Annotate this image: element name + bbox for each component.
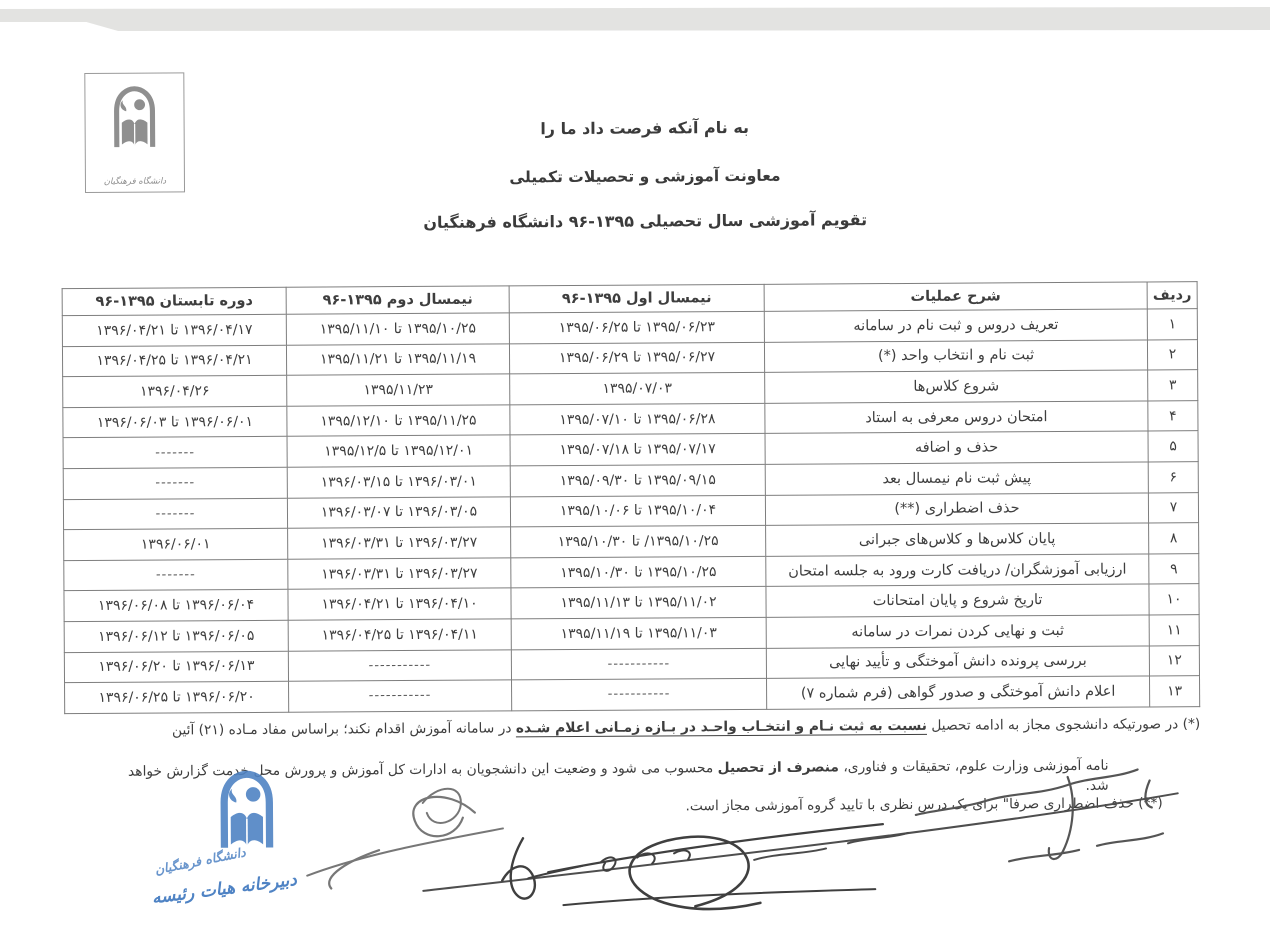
footnote1-underlined-phrase: نسبت به ثبت نـام و انتخـاب واحـد در بـاز…	[516, 718, 927, 737]
cell-row-number: ۴	[1148, 400, 1198, 431]
cell-row-number: ۲	[1147, 339, 1197, 370]
cell-semester2: ۱۳۹۶/۰۳/۰۱ تا ۱۳۹۶/۰۳/۱۵	[287, 466, 510, 498]
cell-semester2: ۱۳۹۶/۰۳/۲۷ تا ۱۳۹۶/۰۳/۳۱	[288, 558, 511, 590]
cell-summer: ۱۳۹۶/۰۶/۲۰ تا ۱۳۹۶/۰۶/۲۵	[65, 681, 289, 713]
cell-summer: -------	[63, 498, 287, 530]
cell-semester2: ۱۳۹۵/۱۱/۲۳	[287, 374, 510, 406]
cell-row-number: ۳	[1148, 370, 1198, 401]
cell-semester1: ۱۳۹۵/۱۰/۲۵/ تا ۱۳۹۵/۱۰/۳۰	[511, 525, 766, 557]
cell-operation: ثبت نام و انتخاب واحد (*)	[764, 340, 1147, 373]
cell-semester1: -----------	[511, 648, 766, 680]
page-title: تقویم آموزشی سال تحصیلی ۱۳۹۵-۹۶ دانشگاه …	[0, 208, 1280, 235]
cell-summer: ۱۳۹۶/۰۶/۰۵ تا ۱۳۹۶/۰۶/۱۲	[64, 620, 288, 652]
cell-operation: تاریخ شروع و پایان امتحانات	[766, 584, 1149, 617]
academic-calendar-table: ردیف شرح عملیات نیمسال اول ۱۳۹۵-۹۶ نیمسا…	[62, 281, 1201, 714]
cell-operation: ارزیابی آموزشگران/ دریافت کارت ورود به ج…	[766, 554, 1149, 587]
footnote1-text: در سامانه آموزش اقدام نکند؛ براساس مفاد …	[172, 720, 516, 738]
cell-operation: حذف و اضافه	[765, 431, 1148, 464]
cell-semester2: ۱۳۹۶/۰۳/۲۷ تا ۱۳۹۶/۰۳/۳۱	[288, 527, 511, 559]
cell-semester1: ۱۳۹۵/۱۰/۲۵ تا ۱۳۹۵/۱۰/۳۰	[511, 556, 766, 588]
bismillah-line: به نام آنکه فرصت داد ما را	[0, 115, 1280, 142]
col-header-semester1: نیمسال اول ۱۳۹۵-۹۶	[509, 284, 764, 313]
cell-semester1: ۱۳۹۵/۰۶/۲۸ تا ۱۳۹۵/۰۷/۱۰	[510, 403, 765, 435]
cell-summer: -------	[64, 559, 288, 591]
col-header-operation: شرح عملیات	[764, 282, 1147, 311]
cell-row-number: ۹	[1149, 553, 1199, 584]
cell-semester2: ۱۳۹۵/۱۱/۲۵ تا ۱۳۹۵/۱۲/۱۰	[287, 405, 510, 437]
cell-row-number: ۱	[1147, 309, 1197, 340]
cell-semester2: ۱۳۹۵/۱۱/۱۹ تا ۱۳۹۵/۱۱/۲۱	[286, 343, 509, 375]
col-header-row-number: ردیف	[1147, 282, 1197, 309]
table-row: ۱۳اعلام دانش آموختگی و صدور گواهی (فرم ش…	[65, 676, 1200, 714]
cell-operation: اعلام دانش آموختگی و صدور گواهی (فرم شما…	[767, 676, 1150, 709]
cell-row-number: ۷	[1148, 492, 1198, 523]
cell-semester1: ۱۳۹۵/۰۶/۲۷ تا ۱۳۹۵/۰۶/۲۹	[509, 342, 764, 374]
footnote1-line1: (*) در صورتیکه دانشجوی مجاز به ادامه تحص…	[172, 716, 1200, 738]
cell-operation: پیش ثبت نام نیمسال بعد	[765, 462, 1148, 495]
cell-operation: پایان کلاس‌ها و کلاس‌های جبرانی	[766, 523, 1149, 556]
handwritten-signatures	[2, 738, 1280, 930]
cell-operation: حذف اضطراری (**)	[765, 493, 1148, 526]
cell-row-number: ۱۰	[1149, 584, 1199, 615]
cell-operation: بررسی پرونده دانش آموختگی و تأیید نهایی	[766, 646, 1149, 679]
footnote1-text: (*) در صورتیکه دانشجوی مجاز به ادامه تحص…	[927, 716, 1200, 734]
cell-semester2: ۱۳۹۶/۰۴/۱۱ تا ۱۳۹۶/۰۴/۲۵	[288, 619, 511, 651]
cell-operation: شروع کلاس‌ها	[765, 370, 1148, 403]
cell-operation: امتحان دروس معرفی به استاد	[765, 401, 1148, 434]
cell-summer: ۱۳۹۶/۰۶/۰۱	[64, 528, 288, 560]
cell-summer: ۱۳۹۶/۰۶/۰۱ تا ۱۳۹۶/۰۶/۰۳	[63, 406, 287, 438]
cell-row-number: ۵	[1148, 431, 1198, 462]
cell-semester1: ۱۳۹۵/۱۰/۰۴ تا ۱۳۹۵/۱۰/۰۶	[510, 495, 765, 527]
cell-summer: ۱۳۹۶/۰۶/۰۴ تا ۱۳۹۶/۰۶/۰۸	[64, 590, 288, 622]
cell-summer: ۱۳۹۶/۰۶/۱۳ تا ۱۳۹۶/۰۶/۲۰	[64, 651, 288, 683]
scanned-page: دانشگاه فرهنگیان به نام آنکه فرصت داد ما…	[0, 0, 1280, 930]
cell-semester1: ۱۳۹۵/۰۷/۰۳	[510, 373, 765, 405]
cell-semester2: ۱۳۹۵/۱۰/۲۵ تا ۱۳۹۵/۱۱/۱۰	[286, 313, 509, 345]
cell-semester2: ۱۳۹۶/۰۴/۱۰ تا ۱۳۹۶/۰۴/۲۱	[288, 588, 511, 620]
cell-summer: -------	[63, 437, 287, 469]
cell-semester2: ۱۳۹۵/۱۲/۰۱ تا ۱۳۹۵/۱۲/۵	[287, 435, 510, 467]
col-header-summer: دوره تابستان ۱۳۹۵-۹۶	[62, 287, 286, 315]
cell-semester1: ۱۳۹۵/۰۶/۲۳ تا ۱۳۹۵/۰۶/۲۵	[509, 311, 764, 343]
cell-summer: ۱۳۹۶/۰۴/۲۱ تا ۱۳۹۶/۰۴/۲۵	[62, 345, 286, 377]
cell-summer: ۱۳۹۶/۰۴/۱۷ تا ۱۳۹۶/۰۴/۲۱	[62, 314, 286, 346]
cell-row-number: ۱۲	[1149, 645, 1199, 676]
cell-semester2: -----------	[289, 680, 512, 712]
cell-semester1: ۱۳۹۵/۱۱/۰۳ تا ۱۳۹۵/۱۱/۱۹	[511, 617, 766, 649]
cell-summer: ۱۳۹۶/۰۴/۲۶	[63, 375, 287, 407]
cell-semester1: ۱۳۹۵/۰۷/۱۷ تا ۱۳۹۵/۰۷/۱۸	[510, 434, 765, 466]
cell-row-number: ۱۳	[1149, 676, 1199, 707]
cell-row-number: ۱۱	[1149, 615, 1199, 646]
col-header-semester2: نیمسال دوم ۱۳۹۵-۹۶	[286, 286, 509, 314]
department-line: معاونت آموزشی و تحصیلات تکمیلی	[0, 164, 1280, 190]
cell-semester1: ۱۳۹۵/۰۹/۱۵ تا ۱۳۹۵/۰۹/۳۰	[510, 464, 765, 496]
cell-summer: -------	[63, 467, 287, 499]
cell-semester2: ۱۳۹۶/۰۳/۰۵ تا ۱۳۹۶/۰۳/۰۷	[287, 496, 510, 528]
cell-row-number: ۸	[1149, 523, 1199, 554]
cell-operation: ثبت و نهایی کردن نمرات در سامانه	[766, 615, 1149, 648]
cell-operation: تعریف دروس و ثبت نام در سامانه	[764, 309, 1147, 342]
cell-row-number: ۶	[1148, 462, 1198, 493]
cell-semester1: ۱۳۹۵/۱۱/۰۲ تا ۱۳۹۵/۱۱/۱۳	[511, 587, 766, 619]
cell-semester1: -----------	[512, 678, 767, 710]
cell-semester2: -----------	[288, 649, 511, 681]
